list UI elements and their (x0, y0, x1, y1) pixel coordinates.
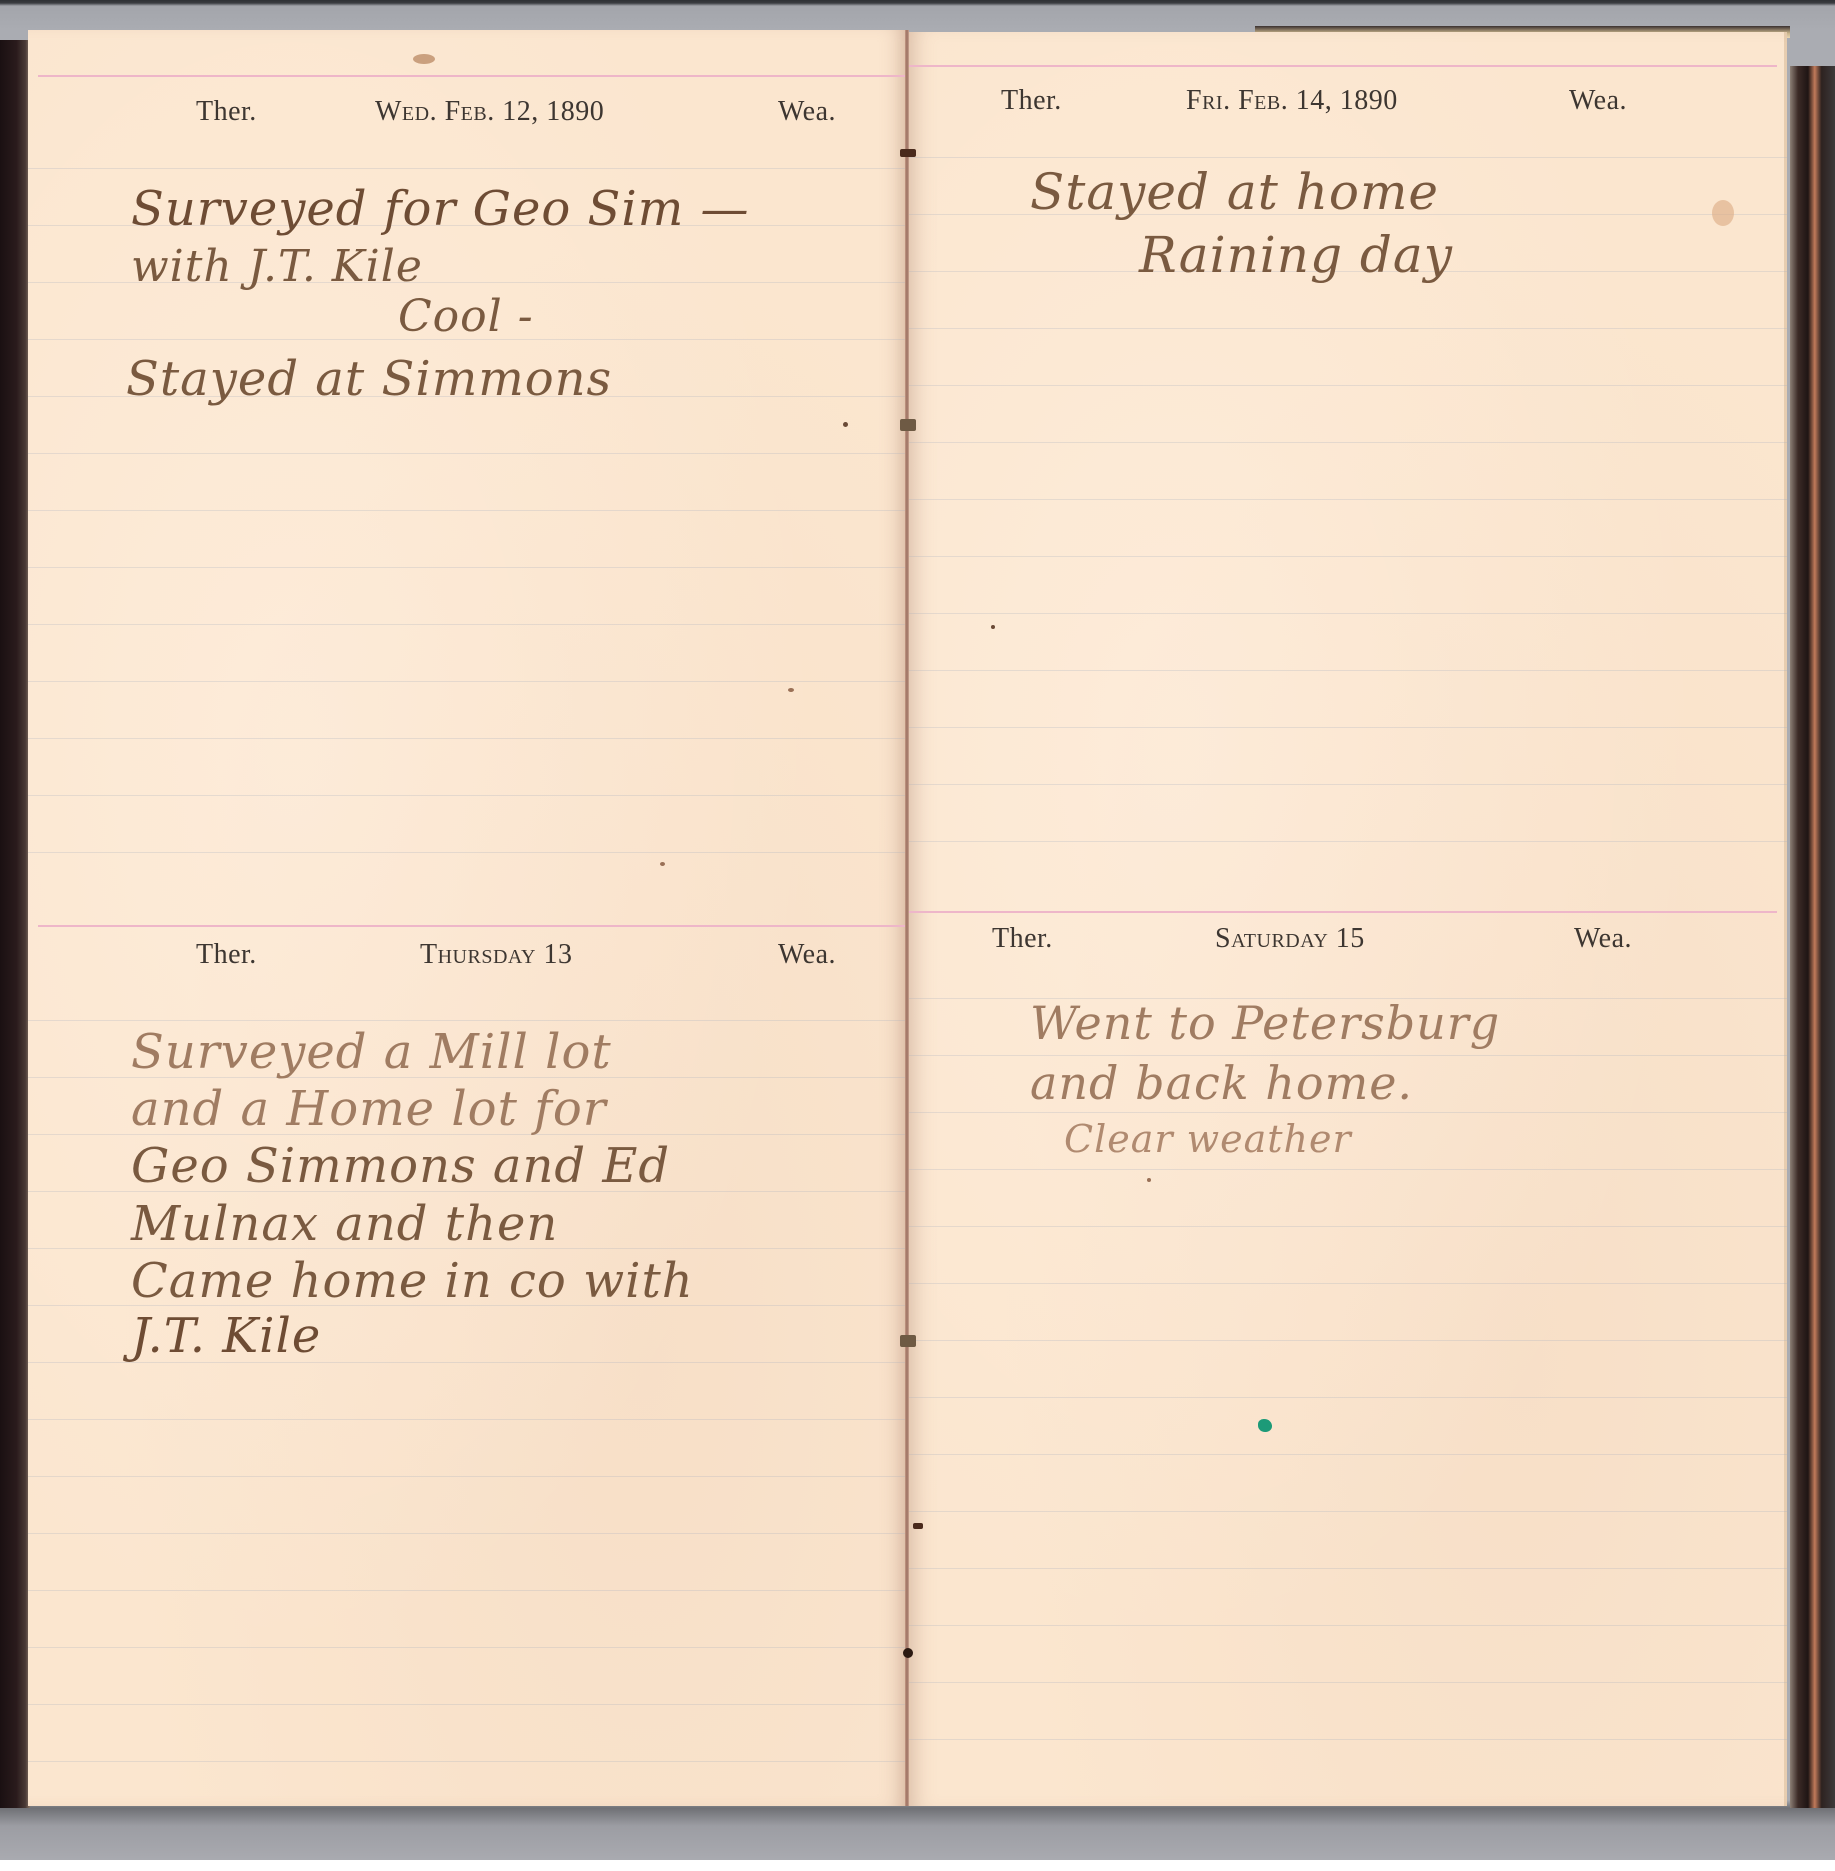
handwritten-line: Cool - (398, 295, 534, 339)
left-book-cover (0, 40, 30, 1808)
handwritten-line: Geo Simmons and Ed (131, 1142, 670, 1190)
handwritten-line: and back home. (1030, 1060, 1413, 1106)
handwritten-line: Surveyed for Geo Sim — (131, 185, 750, 233)
ther-label: Ther. (992, 925, 1053, 953)
binding-stitch (900, 1335, 916, 1347)
ink-speck (660, 862, 665, 866)
entry-date: Saturday 15 (1215, 925, 1365, 953)
handwritten-line: Raining day (1139, 230, 1453, 280)
entry-feb-14: Ther. Fri. Feb. 14, 1890 Wea. Stayed at … (909, 32, 1787, 892)
entry-feb-15: Ther. Saturday 15 Wea. Went to Petersbur… (909, 892, 1787, 1806)
ink-speck (413, 54, 435, 64)
entry-date: Wed. Feb. 12, 1890 (375, 98, 604, 126)
handwritten-line: Clear weather (1064, 1120, 1352, 1158)
ther-label: Ther. (1001, 87, 1062, 115)
entry-date: Thursday 13 (420, 941, 572, 969)
handwritten-line: and a Home lot for (131, 1085, 607, 1133)
wea-label: Wea. (778, 941, 836, 969)
handwritten-line: Surveyed a Mill lot (131, 1028, 612, 1076)
right-book-cover (1790, 66, 1835, 1808)
right-page: Ther. Fri. Feb. 14, 1890 Wea. Stayed at … (909, 32, 1787, 1806)
handwritten-line: Went to Petersburg (1030, 1000, 1500, 1046)
handwritten-line: Stayed at home (1030, 167, 1439, 217)
paper-stain (1712, 200, 1734, 226)
ther-label: Ther. (196, 98, 257, 126)
ink-speck (843, 422, 848, 427)
book-spine (905, 30, 909, 1806)
wea-label: Wea. (1574, 925, 1632, 953)
ink-speck (991, 625, 995, 629)
handwritten-line: Came home in co with (131, 1257, 694, 1305)
ink-speck (788, 688, 794, 692)
binding-stitch (913, 1523, 923, 1529)
entry-feb-12: Ther. Wed. Feb. 12, 1890 Wea. Surveyed f… (28, 30, 907, 910)
entry-feb-13: Ther. Thursday 13 Wea. Surveyed a Mill l… (28, 910, 907, 1806)
binding-stitch (900, 149, 916, 157)
wea-label: Wea. (778, 98, 836, 126)
binding-stitch (903, 1648, 913, 1658)
left-page: Ther. Wed. Feb. 12, 1890 Wea. Surveyed f… (28, 30, 907, 1806)
handwritten-line: Stayed at Simmons (126, 355, 612, 403)
ther-label: Ther. (196, 941, 257, 969)
handwritten-line: with J.T. Kile (131, 245, 423, 289)
wea-label: Wea. (1569, 87, 1627, 115)
binding-stitch (900, 419, 916, 431)
ink-speck (1147, 1178, 1151, 1182)
entry-date: Fri. Feb. 14, 1890 (1186, 87, 1398, 115)
green-ink-mark (1258, 1419, 1272, 1432)
handwritten-line: J.T. Kile (131, 1312, 321, 1360)
handwritten-line: Mulnax and then (131, 1200, 558, 1248)
